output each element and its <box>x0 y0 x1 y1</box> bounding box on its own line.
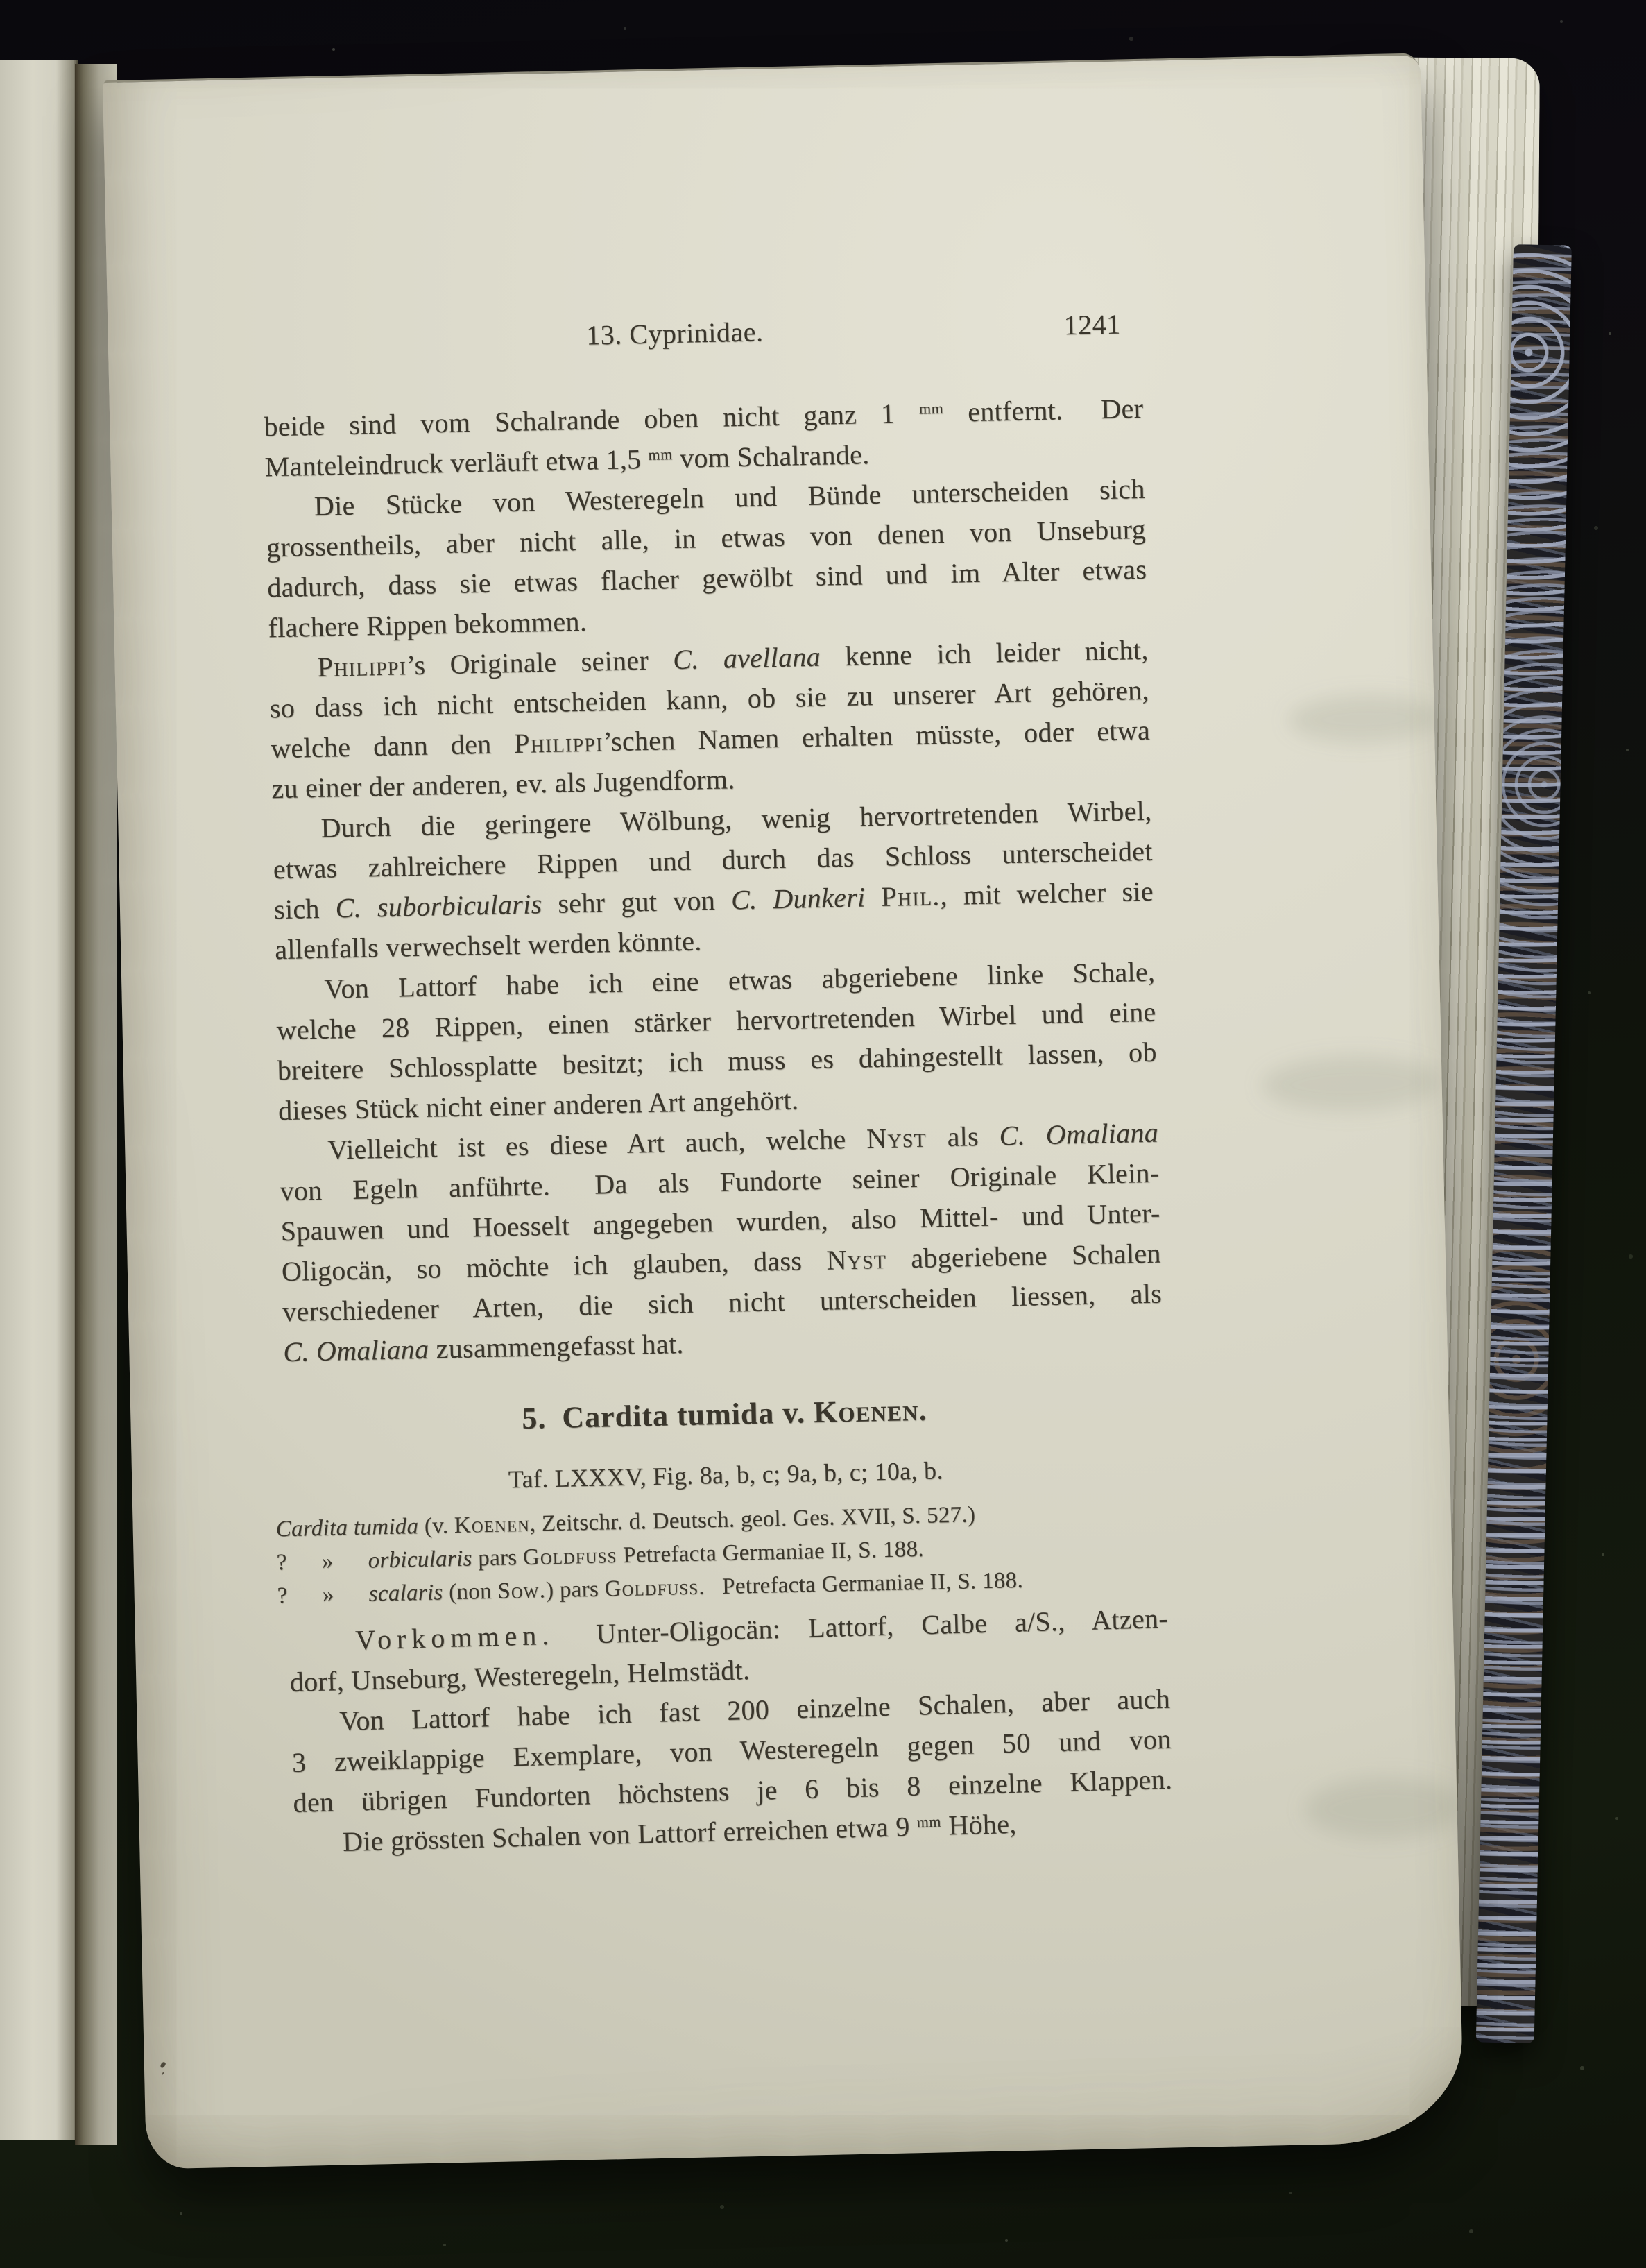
text-segment: scalaris <box>368 1580 443 1606</box>
text-segment: C. Dunkeri <box>731 881 866 915</box>
text-segment: mm <box>648 445 673 463</box>
text-segment: entfernt. Der <box>943 393 1144 428</box>
text-segment: Philippi <box>317 649 406 683</box>
text-segment: , Zeitschr. d. Deutsch. geol. Ges. XVII,… <box>529 1502 975 1536</box>
text-segment: Höhe, <box>941 1808 1017 1841</box>
text-segment: . <box>918 1393 927 1427</box>
synonymy-list: Cardita tumida (v. Koenen, Zeitschr. d. … <box>275 1494 1168 1613</box>
text-segment: Manteleindruck verläuft etwa 1,5 <box>264 443 649 483</box>
text-segment: Koenen <box>454 1512 531 1538</box>
plate-reference: Taf. LXXXV, Fig. 8a, b, c; 9a, b, c; 10a… <box>286 1449 1166 1502</box>
text-line: 5. Cardita tumida v. Koenen. <box>284 1383 1165 1447</box>
text-segment: pars <box>472 1545 523 1571</box>
show-through-smudge <box>1288 693 1441 745</box>
show-through-smudge <box>1304 1775 1465 1841</box>
text-segment: Philippi <box>514 726 603 759</box>
text-segment: sich <box>274 892 336 925</box>
text-segment: kenne ich leider nicht, <box>820 634 1149 672</box>
text-segment: dieses Stück nicht einer anderen Art ang… <box>278 1084 799 1127</box>
body-paragraphs: beide sind vom Schalrande oben nicht gan… <box>264 389 1163 1372</box>
text-segment: Goldfuss <box>523 1543 617 1570</box>
occurrence-paragraphs: Vorkommen. Unter-Oligocän: Lattorf, Calb… <box>288 1598 1174 1864</box>
text-segment: . Petrefacta Germaniae II, S. 188. <box>698 1568 1023 1600</box>
dust-specks <box>0 0 1 1</box>
text-segment: Nyst <box>826 1243 887 1276</box>
text-segment: vom Schalrande. <box>672 438 869 474</box>
text-segment: allenfalls verwechselt werden könnte. <box>275 925 702 965</box>
text-segment: Goldfuss <box>604 1575 698 1602</box>
text-segment: als <box>926 1120 1000 1152</box>
text-segment: C. Omaliana <box>999 1117 1158 1152</box>
text-segment: Koenen <box>813 1393 919 1429</box>
text-segment: zu einer der anderen, ev. als Jugendform… <box>271 763 735 804</box>
text-segment: orbicularis <box>368 1546 472 1573</box>
text-segment: Phil. <box>881 880 941 912</box>
text-segment: mm <box>919 400 944 418</box>
text-segment: sehr gut von <box>542 884 732 919</box>
text-segment: Taf. LXXXV, Fig. 8a, b, c; 9a, b, c; 10a… <box>508 1456 943 1493</box>
text-segment: Cardita tumida <box>275 1514 418 1542</box>
text-line: Taf. LXXXV, Fig. 8a, b, c; 9a, b, c; 10a… <box>286 1449 1166 1502</box>
show-through-smudge <box>1261 1054 1443 1113</box>
text-segment <box>865 881 882 912</box>
text-segment: abgeriebene Schalen <box>886 1238 1162 1274</box>
text-segment: 5. Cardita tumida v. <box>522 1395 814 1435</box>
text-segment: dorf, Unseburg, Westeregeln, Helmstädt. <box>289 1654 751 1698</box>
text-segment: (v. <box>418 1513 454 1539</box>
text-segment: , mit welcher sie <box>940 876 1154 911</box>
text-segment: Oligocän, so möchte ich glauben, dass <box>282 1245 827 1287</box>
page-number: 1241 <box>1063 306 1121 345</box>
text-segment: Nyst <box>866 1122 927 1154</box>
text-segment: ) pars <box>546 1577 605 1603</box>
species-heading: 5. Cardita tumida v. Koenen. <box>284 1383 1165 1447</box>
text-segment: flachere Rippen bekommen. <box>268 606 587 644</box>
page-text-block: 13. Cyprinidae. 1241 beide sind vom Scha… <box>262 305 1142 361</box>
text-segment: ? » <box>277 1582 369 1609</box>
text-segment: mm <box>916 1813 941 1831</box>
text-segment: welche dann den <box>271 728 515 764</box>
text-segment: C. suborbicularis <box>335 888 542 923</box>
text-segment: (non <box>443 1579 498 1605</box>
text-segment: zusammengefasst hat. <box>429 1328 684 1365</box>
left-page-sliver <box>0 60 78 2140</box>
text-segment: ’s Originale seiner <box>406 644 674 681</box>
book-photo-scene: 13. Cyprinidae. 1241 beide sind vom Scha… <box>0 0 1646 2268</box>
running-head: 13. Cyprinidae. 1241 <box>262 305 1142 361</box>
text-segment: Vielleicht ist es diese Art auch, welche <box>327 1123 867 1165</box>
text-segment: ? » <box>276 1549 368 1576</box>
text-segment: ’schen Namen erhalten müsste, oder etwa <box>603 715 1150 758</box>
text-segment: C. avellana <box>673 641 821 675</box>
text-segment: C. Omaliana <box>283 1333 429 1367</box>
text-flow: beide sind vom Schalrande oben nicht gan… <box>264 389 1174 1864</box>
running-head-title: 13. Cyprinidae. <box>262 307 1088 361</box>
text-segment: Petrefacta Germaniae II, S. 188. <box>617 1537 924 1568</box>
book-page: 13. Cyprinidae. 1241 beide sind vom Scha… <box>103 55 1464 2169</box>
text-segment: Vorkommen. <box>355 1619 555 1656</box>
text-segment: Sow. <box>497 1578 546 1603</box>
